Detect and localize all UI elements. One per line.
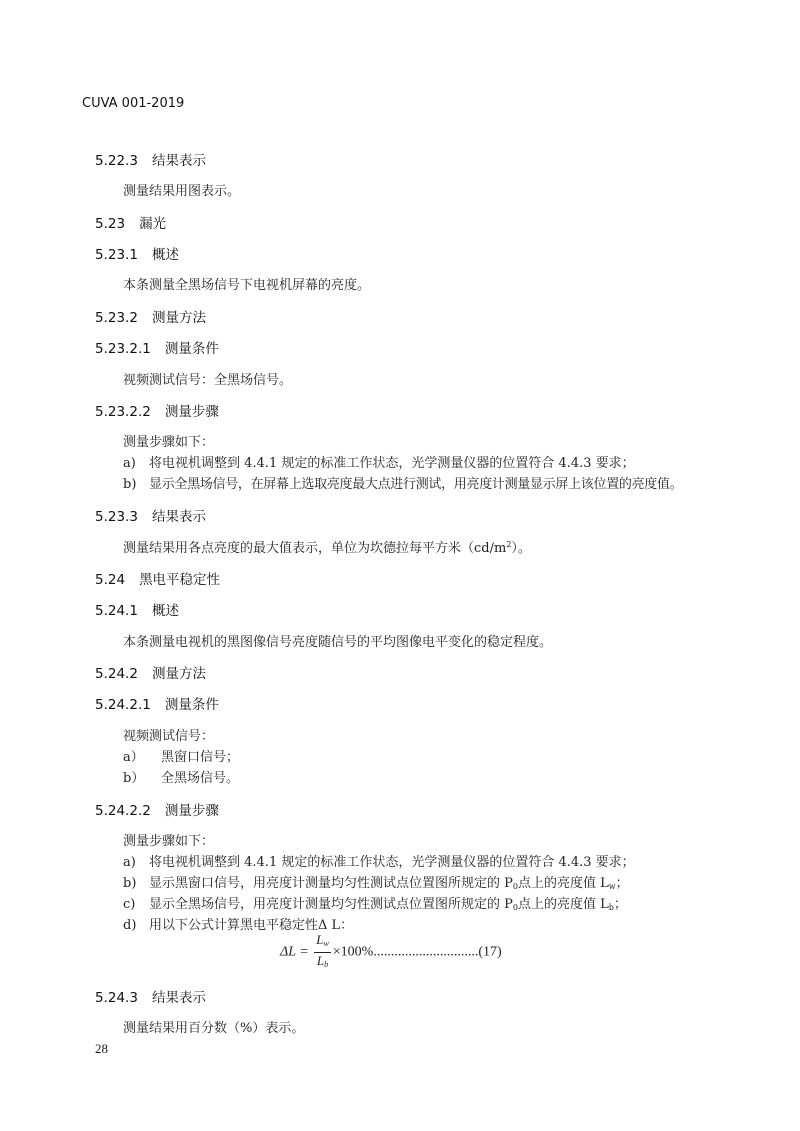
section-heading: 5.24.3结果表示 [95, 986, 206, 1006]
list-text: 显示黑窗口信号，用亮度计测量均匀性测试点位置图所规定的 P [149, 876, 513, 891]
section-number: 5.24.2.2 [95, 803, 151, 819]
section-number: 5.23 [95, 216, 125, 232]
section-heading: 5.24黑电平稳定性 [95, 568, 220, 588]
section-title: 结果表示 [152, 509, 206, 525]
section-title: 测量条件 [165, 697, 219, 713]
section-title: 测量步骤 [165, 404, 219, 420]
section-number: 5.24.3 [95, 990, 138, 1006]
equation-17: ΔL = Lw Lb ×100%........................… [280, 932, 502, 973]
section-number: 5.23.2 [95, 310, 138, 326]
section-title: 测量步骤 [165, 803, 219, 819]
formula-lhs: ΔL = [280, 945, 309, 960]
paragraph: 本条测量电视机的黑图像信号亮度随信号的平均图像电平变化的稳定程度。 [123, 631, 552, 650]
list-text: 点上的亮度值 L [518, 876, 609, 891]
section-number: 5.24 [95, 572, 125, 588]
section-title: 结果表示 [152, 990, 206, 1006]
section-heading: 5.23.3结果表示 [95, 505, 206, 525]
list-text: ； [614, 897, 627, 912]
section-heading: 5.23.2.2测量步骤 [95, 400, 219, 420]
list-marker: b） [123, 767, 161, 786]
fraction-denominator: Lb [314, 953, 331, 973]
section-heading: 5.23.2测量方法 [95, 306, 206, 326]
list-text: 显示全黑场信号，在屏幕上选取亮度最大点进行测试，用亮度计测量显示屏上该位置的亮度… [149, 477, 682, 492]
paragraph: 本条测量全黑场信号下电视机屏幕的亮度。 [123, 274, 370, 293]
section-title: 测量方法 [152, 310, 206, 326]
list-marker: b) [123, 876, 149, 891]
paragraph: 测量结果用百分数（%）表示。 [123, 1017, 304, 1036]
formula-rhs: ×100% [333, 945, 374, 960]
section-title: 结果表示 [152, 153, 206, 169]
document-id-header: CUVA 001-2019 [82, 96, 184, 111]
list-marker: c) [123, 897, 149, 912]
list-text: 点上的亮度值 L [518, 897, 609, 912]
section-title: 黑电平稳定性 [139, 572, 220, 588]
section-title: 测量条件 [165, 341, 219, 357]
list-text: 全黑场信号。 [161, 771, 239, 786]
list-marker: a） [123, 746, 161, 765]
fraction-numerator: Lw [314, 932, 331, 953]
section-heading: 5.24.2测量方法 [95, 662, 206, 682]
numerator-subscript: w [323, 939, 328, 948]
section-number: 5.23.3 [95, 509, 138, 525]
section-number: 5.23.2.1 [95, 341, 151, 357]
page-number: 28 [95, 1041, 108, 1057]
subscript: w [609, 882, 616, 891]
section-heading: 5.24.2.1测量条件 [95, 693, 219, 713]
list-text: 用以下公式计算黑电平稳定性Δ L： [149, 918, 353, 933]
paragraph: 测量结果用图表示。 [123, 180, 240, 199]
paragraph: 测量步骤如下： [123, 830, 214, 849]
section-heading: 5.24.1概述 [95, 599, 179, 619]
section-title: 概述 [152, 603, 179, 619]
list-item: c)显示全黑场信号，用亮度计测量均匀性测试点位置图所规定的 P0点上的亮度值 L… [123, 893, 627, 912]
section-number: 5.24.2.1 [95, 697, 151, 713]
paragraph: 测量结果用各点亮度的最大值表示，单位为坎德拉每平方米（cd/m2）。 [123, 537, 531, 556]
list-text: 将电视机调整到 4.4.1 规定的标准工作状态，光学测量仪器的位置符合 4.4.… [149, 855, 635, 870]
section-title: 漏光 [139, 216, 166, 232]
section-number: 5.23.2.2 [95, 404, 151, 420]
section-heading: 5.23.1概述 [95, 243, 179, 263]
section-heading: 5.23.2.1测量条件 [95, 337, 219, 357]
section-title: 概述 [152, 247, 179, 263]
list-item: a)将电视机调整到 4.4.1 规定的标准工作状态，光学测量仪器的位置符合 4.… [123, 851, 635, 870]
list-text: ； [616, 876, 629, 891]
section-number: 5.24.1 [95, 603, 138, 619]
paragraph: 视频测试信号：全黑场信号。 [123, 369, 292, 388]
list-item: a）黑窗口信号； [123, 746, 239, 765]
list-text: 显示全黑场信号，用亮度计测量均匀性测试点位置图所规定的 P [149, 897, 513, 912]
list-text: 将电视机调整到 4.4.1 规定的标准工作状态，光学测量仪器的位置符合 4.4.… [149, 456, 635, 471]
paragraph: 测量步骤如下： [123, 431, 214, 450]
section-number: 5.22.3 [95, 153, 138, 169]
section-heading: 5.22.3结果表示 [95, 149, 206, 169]
section-heading: 5.24.2.2测量步骤 [95, 799, 219, 819]
list-text: 黑窗口信号； [161, 750, 239, 765]
section-title: 测量方法 [152, 666, 206, 682]
equation-number: (17) [478, 945, 501, 960]
paragraph-text: 测量结果用各点亮度的最大值表示，单位为坎德拉每平方米（cd/m [123, 541, 506, 556]
fraction: Lw Lb [314, 932, 331, 973]
section-number: 5.23.1 [95, 247, 138, 263]
denominator-subscript: b [324, 960, 328, 969]
list-item: b)显示全黑场信号，在屏幕上选取亮度最大点进行测试，用亮度计测量显示屏上该位置的… [123, 473, 682, 492]
list-marker: b) [123, 477, 149, 492]
section-heading: 5.23漏光 [95, 212, 166, 232]
paragraph-text: ）。 [511, 541, 531, 556]
list-item: d)用以下公式计算黑电平稳定性Δ L： [123, 914, 353, 933]
paragraph: 视频测试信号： [123, 725, 214, 744]
list-marker: a) [123, 456, 149, 471]
list-item: b)显示黑窗口信号，用亮度计测量均匀性测试点位置图所规定的 P0点上的亮度值 L… [123, 872, 629, 891]
list-item: a)将电视机调整到 4.4.1 规定的标准工作状态，光学测量仪器的位置符合 4.… [123, 452, 635, 471]
list-marker: a) [123, 855, 149, 870]
list-item: b）全黑场信号。 [123, 767, 239, 786]
section-number: 5.24.2 [95, 666, 138, 682]
list-marker: d) [123, 918, 149, 933]
leader-dots: .............................. [373, 945, 478, 960]
